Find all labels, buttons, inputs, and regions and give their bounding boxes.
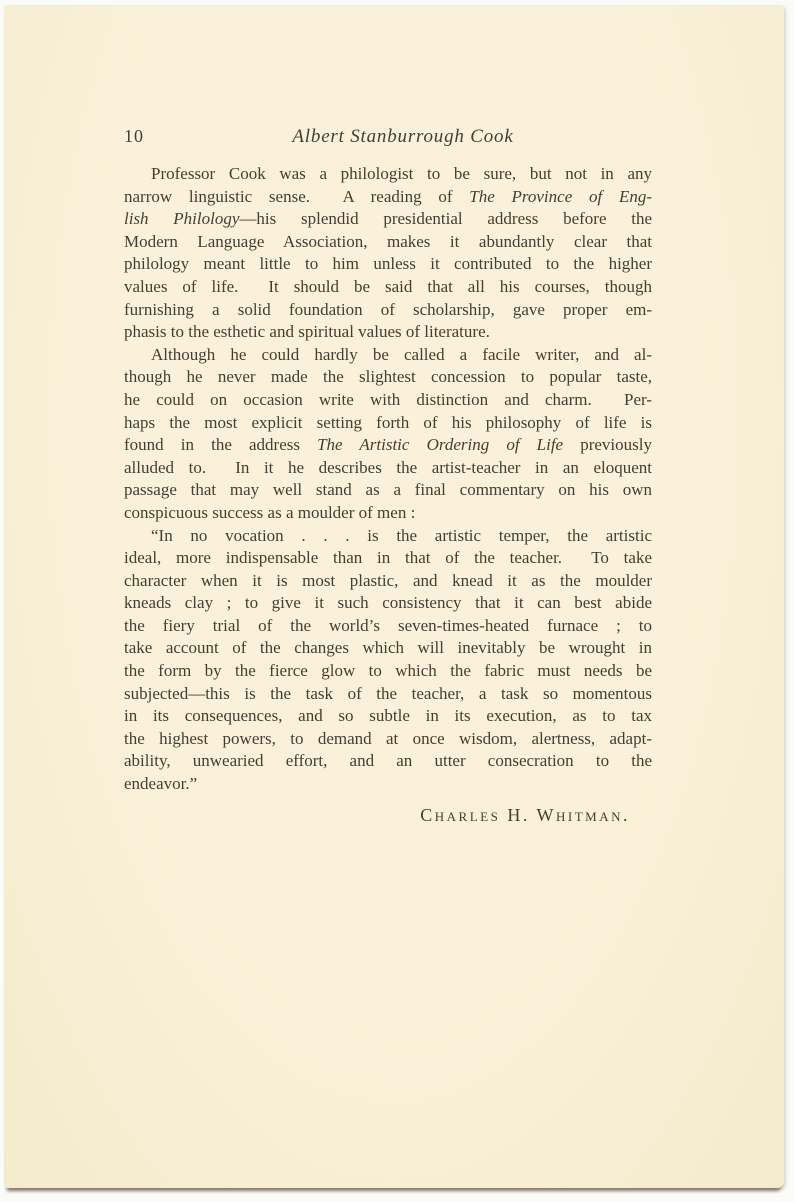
page-header: 10 Albert Stanburrough Cook [124, 126, 652, 148]
text-line: the form by the fierce glow to which the… [124, 660, 652, 683]
text-line: phasis to the esthetic and spiritual val… [124, 321, 652, 344]
text-line: values of life. It should be said that a… [124, 276, 652, 299]
text-line: take account of the changes which will i… [124, 637, 652, 660]
text-line: “In no vocation . . . is the artistic te… [124, 525, 652, 548]
signature: Charles H. Whitman. [124, 805, 652, 826]
body-text: Professor Cook was a philologist to be s… [124, 163, 652, 796]
text-line: haps the most explicit setting forth of … [124, 412, 652, 435]
text-line: in its consequences, and so subtle in it… [124, 705, 652, 728]
text-line: alluded to. In it he describes the artis… [124, 457, 652, 480]
text-line: Professor Cook was a philologist to be s… [124, 163, 652, 186]
paragraph-3-quote: “In no vocation . . . is the artistic te… [124, 525, 652, 796]
text-line: found in the address The Artistic Orderi… [124, 434, 652, 457]
paragraph-1: Professor Cook was a philologist to be s… [124, 163, 652, 344]
text-line: ability, unwearied effort, and an utter … [124, 750, 652, 773]
text-line: furnishing a solid foundation of scholar… [124, 299, 652, 322]
text-line: kneads clay ; to give it such consistenc… [124, 592, 652, 615]
text-line: Although he could hardly be called a fac… [124, 344, 652, 367]
paragraph-2: Although he could hardly be called a fac… [124, 344, 652, 525]
page-content: 10 Albert Stanburrough Cook Professor Co… [124, 126, 652, 826]
text-line: the fiery trial of the world’s seven-tim… [124, 615, 652, 638]
page-number: 10 [124, 126, 184, 147]
text-line: the highest powers, to demand at once wi… [124, 728, 652, 751]
text-line: passage that may well stand as a final c… [124, 479, 652, 502]
scan-background: 10 Albert Stanburrough Cook Professor Co… [0, 0, 794, 1202]
text-line: though he never made the slightest conce… [124, 366, 652, 389]
running-title: Albert Stanburrough Cook [184, 126, 652, 148]
text-line: ideal, more indispensable than in that o… [124, 547, 652, 570]
text-line: endeavor.” [124, 773, 652, 796]
text-line: conspicuous success as a moulder of men … [124, 502, 652, 525]
text-line: narrow linguistic sense. A reading of Th… [124, 186, 652, 209]
text-line: subjected—this is the task of the teache… [124, 683, 652, 706]
text-line: Modern Language Association, makes it ab… [124, 231, 652, 254]
text-line: lish Philology—his splendid presidential… [124, 208, 652, 231]
text-line: character when it is most plastic, and k… [124, 570, 652, 593]
book-page: 10 Albert Stanburrough Cook Professor Co… [4, 5, 784, 1188]
text-line: he could on occasion write with distinct… [124, 389, 652, 412]
text-line: philology meant little to him unless it … [124, 253, 652, 276]
